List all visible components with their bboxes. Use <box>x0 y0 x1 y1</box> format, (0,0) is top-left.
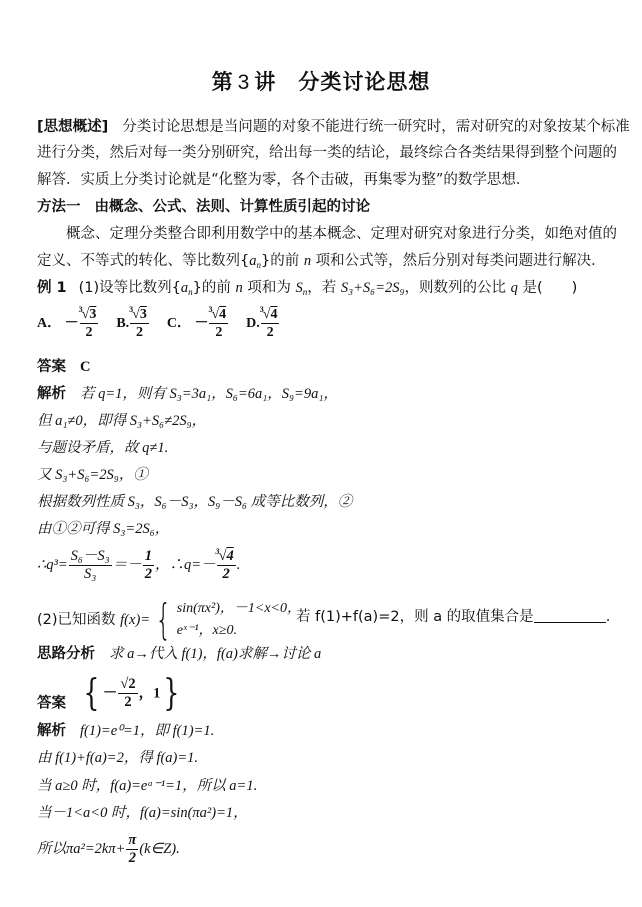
method-heading: 方法一由概念、公式、法则、计算性质引起的讨论 <box>37 197 370 217</box>
analysis2-line-2: 由 f(1)+f(a)=2，得 f(a)=1. <box>37 748 198 768</box>
root-index: 3 <box>129 301 133 318</box>
denominator: 2 <box>220 566 231 583</box>
denominator: 2 <box>143 566 154 583</box>
left-brace: { <box>83 684 99 704</box>
option-a[interactable]: A． －3√32 <box>37 316 99 331</box>
option-letter: D. <box>246 316 260 331</box>
example1-question: 例 1(1)设等比数列{an}的前 n 项和为 Sn，若 S₃+S₆=2S₉，则… <box>37 278 577 302</box>
numerator: S₆－S₃ <box>69 548 112 566</box>
brace: { <box>155 600 171 640</box>
text: 项和公式等，然后分别对每类问题进行解决． <box>311 253 606 269</box>
analysis-line-1: 解析若 q=1，则有 S₃=3a₁，S₆=6a₁，S₉=9a₁， <box>37 384 338 404</box>
title-topic: 分类讨论思想 <box>298 70 430 94</box>
denominator: 2 <box>122 694 133 711</box>
denominator: S₃ <box>82 566 98 583</box>
formula-lhs: ∴q³= <box>37 557 68 573</box>
condition-text: 若 f(1)+f(a)=2，则 a 的取值集合是 <box>296 609 534 625</box>
root-index: 3 <box>208 301 212 318</box>
text: (2)已知函数 <box>37 612 120 628</box>
thinking-row: 思路分析求 a→代入 f(1)，f(a)求解→讨论 a <box>37 644 321 664</box>
answer-rest: ，1 <box>139 686 161 702</box>
denominator: 2 <box>213 324 224 341</box>
condition: S₃+S₆=2S₉ <box>341 280 405 296</box>
analysis2-line-4: 当－1<a<0 时，f(a)=sin(πa²)=1， <box>37 803 248 823</box>
example2-question: (2)已知函数 f(x)={sin(πx²)，－1<x<0，eˣ⁻¹，x≥0. <box>37 598 301 642</box>
radicand: 4 <box>270 307 277 322</box>
piecewise-cases: sin(πx²)，－1<x<0，eˣ⁻¹，x≥0. <box>177 598 301 642</box>
method-para-line-1: 概念、定理分类整合即利用数学中的基本概念、定理对研究对象进行分类，如绝对值的 <box>66 224 617 244</box>
sign: － <box>65 316 79 331</box>
overview-line-2: 进行分类，然后对每一类分别研究，给出每一类的结论，最终综合各类结果得到整个问题的 <box>37 143 617 163</box>
denominator: 2 <box>127 850 138 867</box>
analysis-line-6: 由①②可得 S₃=2S₆， <box>37 519 169 539</box>
text: 所以πa²=2kπ+ <box>37 841 125 857</box>
option-letter: C． <box>167 316 191 331</box>
text: ，若 <box>307 280 341 296</box>
text: 定义、不等式的转化、等比数列{ <box>37 253 249 269</box>
dot: . <box>237 557 241 573</box>
numerator: π <box>126 832 138 850</box>
answer-row: 答案C <box>37 357 90 377</box>
analysis-line-2: 但 a₁≠0，即得 S₃+S₆≠2S₉， <box>37 411 206 431</box>
answer-label: 答案 <box>37 696 66 712</box>
var-S: S <box>295 280 302 296</box>
text: }的前 <box>261 253 304 269</box>
radicand: 3 <box>140 307 147 322</box>
method-para-line-2: 定义、不等式的转化、等比数列{an}的前 n 项和公式等，然后分别对每类问题进行… <box>37 251 606 275</box>
numerator: 1 <box>143 548 154 566</box>
analysis-label: 解析 <box>37 723 66 739</box>
overview-line-1: [思想概述]分类讨论思想是当问题的对象不能进行统一研究时，需对研究的对象按某个标… <box>37 117 630 137</box>
analysis2-line-3: 当 a≥0 时，f(a)=eᵃ⁻¹=1，所以 a=1. <box>37 776 257 796</box>
answer-paren: 是( ) <box>518 280 577 296</box>
root-index: 3 <box>79 301 83 318</box>
method-title: 由概念、公式、法则、计算性质引起的讨论 <box>95 199 371 215</box>
text: (1)设等比数列{ <box>79 280 181 296</box>
thinking-text: 求 a→代入 f(1)，f(a)求解→讨论 a <box>109 646 321 662</box>
answer-blank[interactable] <box>534 608 606 623</box>
analysis-text: f(1)=e⁰=1，即 f(1)=1. <box>80 723 214 739</box>
q-result: ，∴q=－ <box>155 557 216 573</box>
option-letter: B. <box>116 316 129 331</box>
dot: . <box>606 609 611 625</box>
root-index: 3 <box>260 301 264 318</box>
title-number: 3 <box>238 71 251 94</box>
radicand: 4 <box>219 307 226 322</box>
text: (k∈Z). <box>139 841 179 857</box>
var-n: n <box>304 253 311 269</box>
equals: ＝－ <box>113 557 142 573</box>
option-letter: A． <box>37 316 61 331</box>
page-title: 第3讲分类讨论思想 <box>0 66 642 96</box>
option-d[interactable]: D.3√42 <box>246 316 280 331</box>
text: 项和为 <box>243 280 296 296</box>
options-row: A． －3√32 B.3√32 C． －3√42 D.3√42 <box>37 306 280 341</box>
answer2-row: 答案{－√22，1} <box>37 676 183 714</box>
answer-value: C <box>80 359 90 375</box>
analysis-line-5: 根据数列性质 S₃，S₆－S₃，S₉－S₆ 成等比数列，② <box>37 492 352 512</box>
text: ，则数列的公比 <box>405 280 511 296</box>
final-formula: ∴q³=S₆－S₃S₃＝－12，∴q=－3√42. <box>37 548 240 583</box>
analysis-line-3: 与题设矛盾，故 q≠1. <box>37 438 168 458</box>
case-2: eˣ⁻¹，x≥0. <box>177 620 301 642</box>
function-name: f(x)= <box>120 612 150 628</box>
method-label: 方法一 <box>37 199 81 215</box>
example2-condition: 若 f(1)+f(a)=2，则 a 的取值集合是. <box>296 607 610 627</box>
sign: － <box>103 686 118 702</box>
denominator: 2 <box>134 324 145 341</box>
numerator: √2 <box>118 676 137 694</box>
right-brace: } <box>164 684 180 704</box>
radicand: 4 <box>226 548 233 564</box>
answer-label: 答案 <box>37 359 66 375</box>
analysis2-line-5: 所以πa²=2kπ+π2(k∈Z). <box>37 832 180 867</box>
analysis-text: 若 q=1，则有 S₃=3a₁，S₆=6a₁，S₉=9a₁， <box>80 386 338 402</box>
title-prefix: 第 <box>212 70 234 94</box>
var-q: q <box>511 280 518 296</box>
denominator: 2 <box>265 324 276 341</box>
radicand: 3 <box>89 307 96 322</box>
case-1: sin(πx²)，－1<x<0， <box>177 598 301 620</box>
overview-line-3: 解答．实质上分类讨论就是“化整为零，各个击破，再集零为整”的数学思想． <box>37 170 530 190</box>
var-n: n <box>236 280 243 296</box>
sign: － <box>194 316 208 331</box>
option-c[interactable]: C． －3√42 <box>167 316 229 331</box>
denominator: 2 <box>83 324 94 341</box>
title-lecture: 讲 <box>254 70 276 94</box>
text: }的前 <box>193 280 236 296</box>
example-label: 例 1 <box>37 280 67 296</box>
overview-text: 分类讨论思想是当问题的对象不能进行统一研究时，需对研究的对象按某个标准 <box>122 119 630 135</box>
analysis-line-4: 又 S₃+S₆=2S₉，① <box>37 465 148 485</box>
analysis-label: 解析 <box>37 386 66 402</box>
option-b[interactable]: B.3√32 <box>116 316 150 331</box>
thinking-label: 思路分析 <box>37 646 95 662</box>
analysis2-line-1: 解析f(1)=e⁰=1，即 f(1)=1. <box>37 721 214 741</box>
root-index: 3 <box>216 543 220 560</box>
overview-label: [思想概述] <box>37 119 108 135</box>
